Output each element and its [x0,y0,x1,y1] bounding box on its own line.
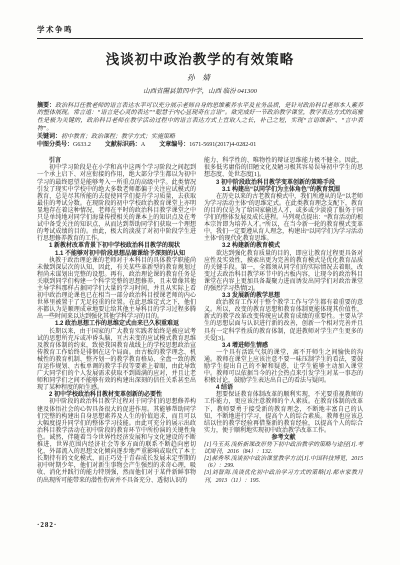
clc-label: 中图分类号： [37,142,73,148]
subsection-heading: 1.1 不能够对初中阶段思想品德课给予深刻的认知 [37,251,196,258]
paragraph: 想要保证教育体制改革的顺利实现，不光要重视教师的工作能力，更应该注意教师的个人素… [204,392,363,435]
reference-item: [2]郝秀琴.浅谈初中政治课堂教学方法[J].中国科技博览，2015（6）：29… [204,456,363,470]
section-heading: 3 初中阶段政治科目教学变革创新的策略手段 [204,180,363,187]
keywords-block: 关键词：初中教育；政治课程；教学方式；实施策略 [37,134,363,142]
doc-code-label: 文献标识码： [105,142,141,148]
subsection-heading: 3.1 构建出“以同学们为主体角色”的教育氛围 [204,187,363,194]
paragraph: 欲达到强化教育质量的目的，即应让教育过程更具备对应性及实效性，摸索出更为完善的教… [204,251,363,294]
reference-item: [3]刘智海.浅谈优化初中政治学习方式的策略[J].都市家教月刊，2013（11… [204,470,363,484]
left-column: 引言初中学习阶段是在小学和高中这两个学习阶段之间起到一个承上启下、对应衔接的作用… [37,158,196,484]
article-id-value: 1671-5691(2017)4-0282-01 [189,142,256,148]
page-title: 浅谈初中政治教学的有效策略 [37,48,363,68]
journal-column-label: 学术争鸣 [37,25,73,34]
abstract-label: 摘要： [37,103,55,109]
paragraph-continued: 能力、科学性的、唯物性的辩证思维能力极不健全。因此，很多低劣庸俗的旧陋文化及陋习… [204,158,363,179]
journal-column-header: 学术争鸣 [37,24,363,35]
paragraph: 一个具有活跃气氛的课堂，离不开师生之间愉快的沟通。教师在课堂上应该注意不要一味压… [204,350,363,385]
abstract-block: 摘要：政治科目任教老师的语言表达水平可以充分展示老师自身的思维素养水平及业务品质… [37,103,363,134]
right-column: 能力、科学性的、唯物性的辩证思维能力极不健全。因此，很多低劣庸俗的旧陋文化及陋习… [204,158,363,484]
paragraph: 初中学习阶段是在小学和高中这两个学习阶段之间起到一个承上启下、对应衔接的作用，绝… [37,165,196,243]
references-heading: 参考文献 [204,435,363,442]
clc-value: G633.2 [73,142,91,148]
subsection-heading: 3.2 构建新的教育模式 [204,243,363,250]
keywords-label: 关键词： [37,134,61,140]
keywords-text: 初中教育；政治课程；教学方式；实施策略 [61,134,175,140]
paragraph: 初中阶段的政治科目教学过程对于同学们的思想修养构建及体悟社会的心智具备很大的促进… [37,399,196,484]
reference-item: [1]马玉英.浅析新课改形势下初中政治教学的策略与途径[J].考试周刊，2016… [204,442,363,456]
doc-code-value: A [141,142,145,148]
paragraph: 长期以来，由于国家的广大教育实践者始终是被应试考试的思想所充斥或冲昏头脑，亘古未… [37,329,196,393]
author-affiliation: 山西省隰县第四中学，山西 临汾 041300 [37,86,363,95]
page-number: ·282· [37,521,57,529]
paragraph: 执教于政治理论课的老师对于本科目的具体教学职能尚未做到深层次的认知，因此，有关某… [37,258,196,322]
subsection-heading: 1.2 政治思想工作的思维定式由来已久积重难返 [37,321,196,328]
paper-page: 学术争鸣 浅谈初中政治教学的有效策略 孙 婧 山西省隰县第四中学，山西 临汾 0… [0,0,400,565]
article-body: 引言初中学习阶段是在小学和高中这两个学习阶段之间起到一个承上启下、对应衔接的作用… [37,158,363,484]
header-rule [37,38,363,39]
subsection-heading: 3.4 增进师生情感 [204,343,363,350]
section-heading: 1 新教材改革背景下初中学校政治科目教学的现状 [37,243,196,250]
abstract-text: 政治科目任教老师的语言表达水平可以充分展示老师自身的思维素养水平及业务品质，是针… [37,103,363,132]
article-id-label: 文章编号： [159,142,189,148]
paragraph: 政治教育工作对于整个教学工作与学生都有着重要的意义。所以，改变的教育思想和教育体… [204,300,363,343]
classification-block: 中图分类号：G633.2文献标识码：A文章编号：1671-5691(2017)4… [37,142,363,150]
author-name: 孙 婧 [37,72,363,83]
paragraph: 在历史以来的古老教育模式中，我们所遵从的是“以老师为学习活动主体”的思维定式。在… [204,194,363,244]
